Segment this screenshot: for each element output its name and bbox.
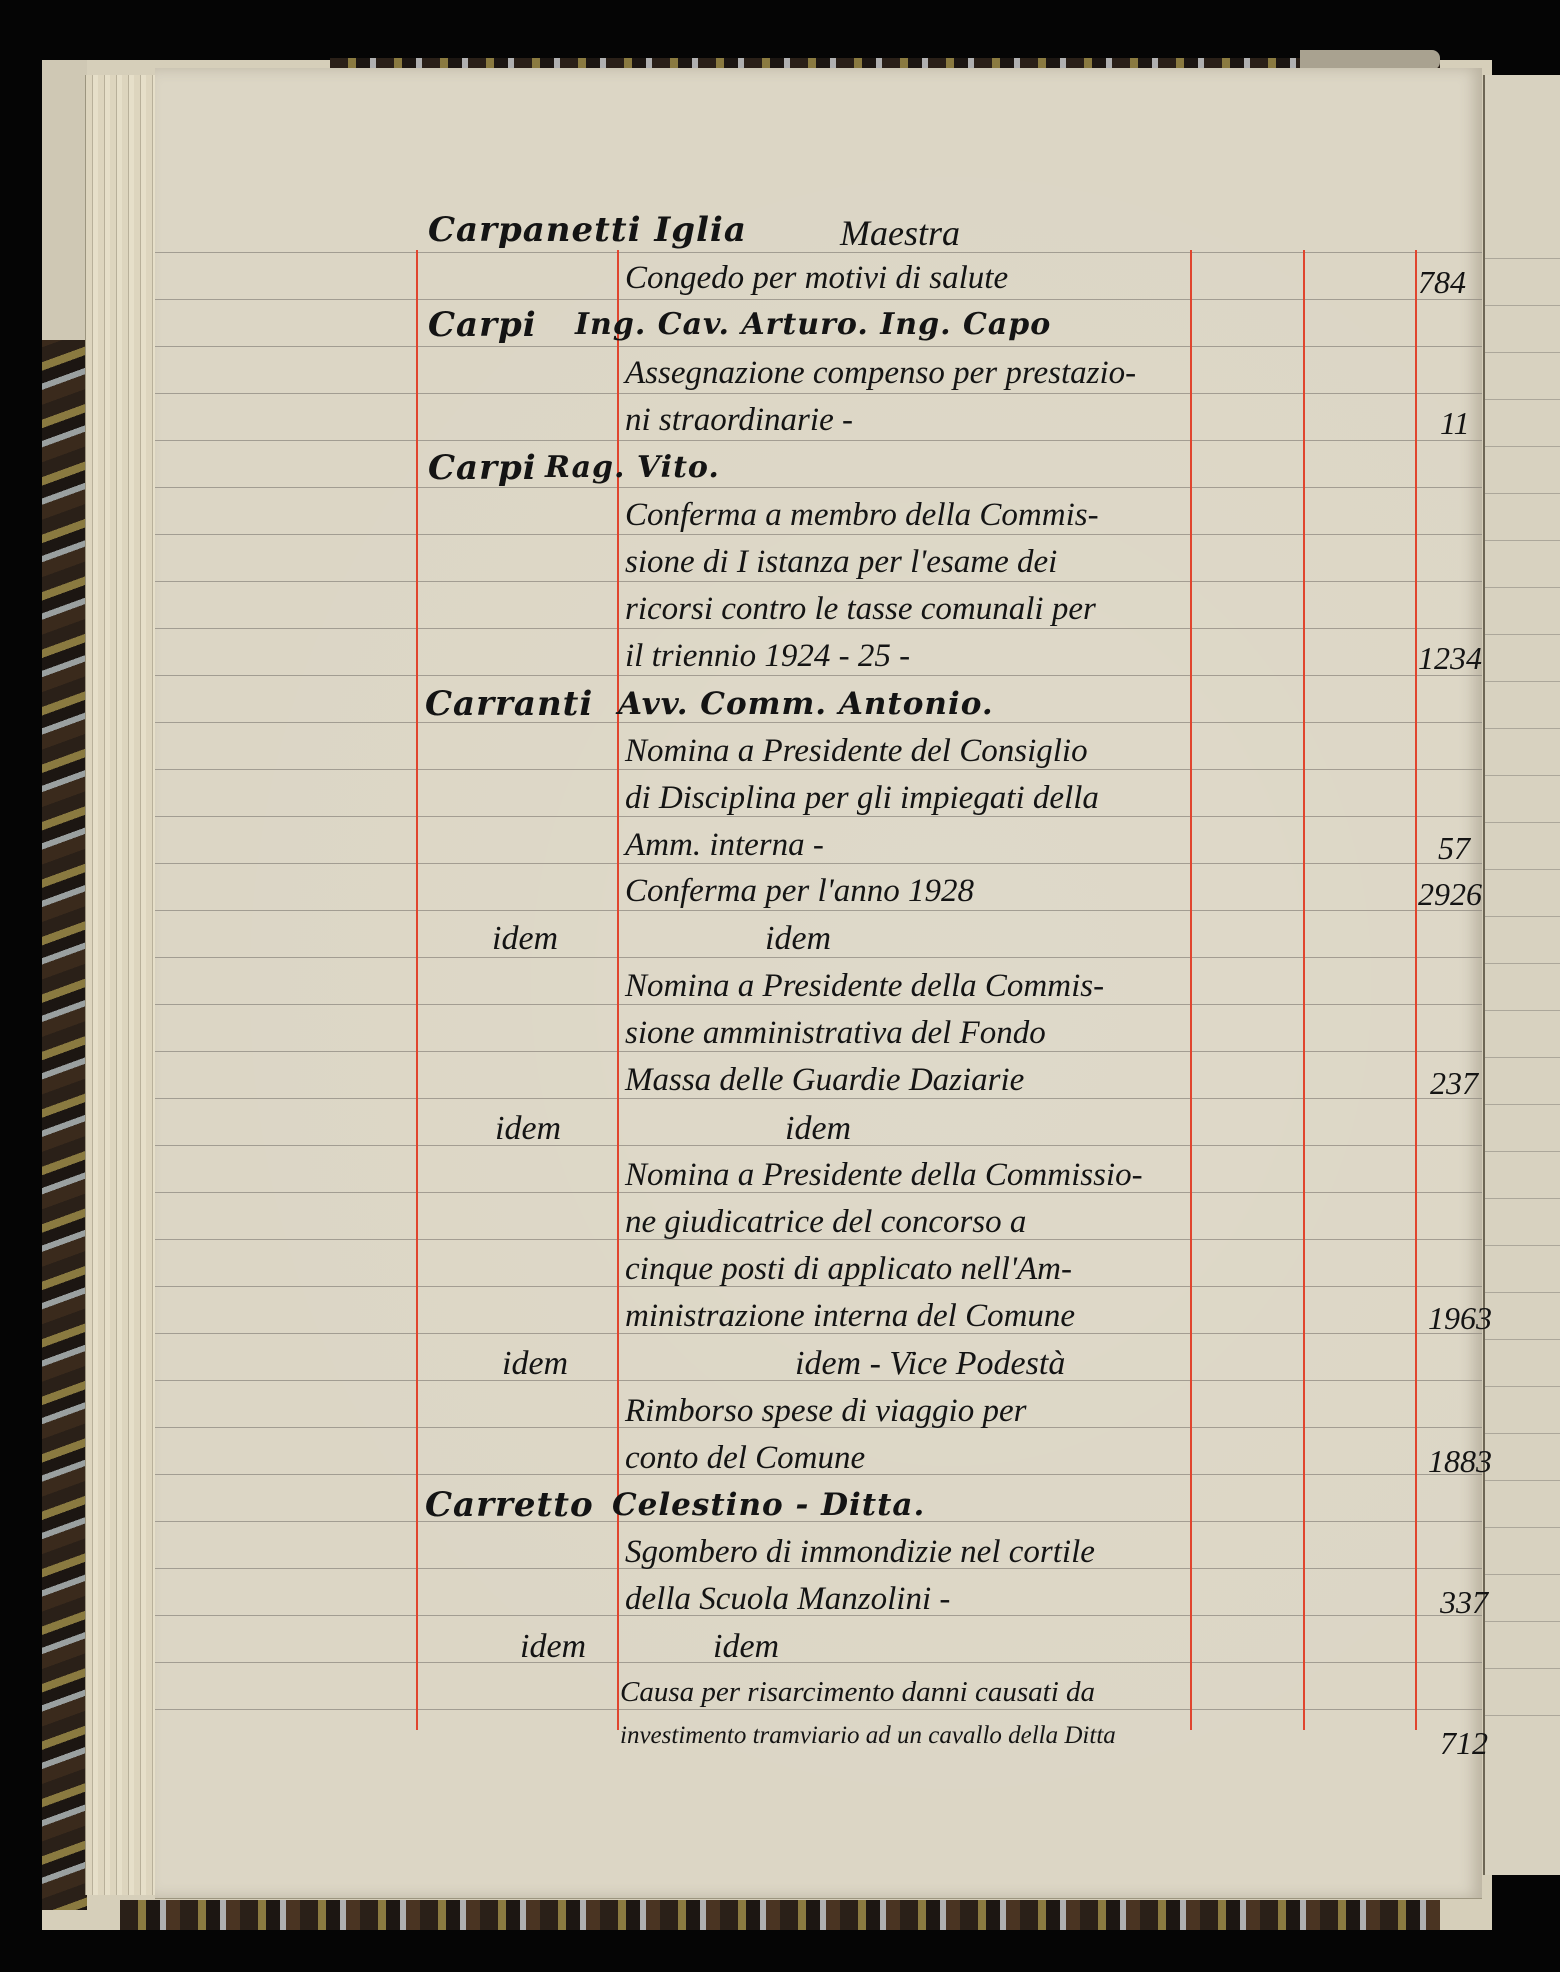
entry-line: ni straordinarie - [625,402,853,439]
ruled-line [155,534,1482,535]
page-ref: 1234 [1418,640,1482,677]
facing-ruled-line [1485,822,1560,823]
entry-line: sione di I istanza per l'esame dei [625,544,1057,581]
entry-line: Conferma a membro della Commis- [625,497,1099,534]
entry-line: Nomina a Presidente del Consiglio [625,733,1088,770]
facing-ruled-line [1485,1339,1560,1340]
entry-line: ricorsi contro le tasse comunali per [625,591,1096,628]
facing-ruled-line [1485,681,1560,682]
ruled-line [155,252,1482,253]
facing-ruled-line [1485,1386,1560,1387]
entry-line: il triennio 1924 - 25 - [625,638,910,675]
entry-title: idem [785,1110,851,1148]
entry-name: Carpi [428,305,537,345]
facing-ruled-line [1485,1010,1560,1011]
entry-line: Sgombero di immondizie nel cortile [625,1534,1095,1571]
facing-ruled-line [1485,1198,1560,1199]
facing-page [1483,75,1560,1875]
spine-edge [1300,50,1440,70]
facing-ruled-line [1485,352,1560,353]
entry-line: Nomina a Presidente della Commissio- [625,1157,1143,1194]
ruled-line [155,675,1482,676]
page-ref: 11 [1440,405,1470,442]
entry-title: idem [615,1628,779,1666]
column-rule-5 [1415,250,1417,1730]
entry-line: di Disciplina per gli impiegati della [625,780,1099,817]
entry-line: cinque posti di applicato nell'Am- [625,1251,1072,1288]
column-rule-4 [1303,250,1305,1730]
entry-line: investimento tramviario ad un cavallo de… [620,1722,1116,1750]
ruled-line [155,1709,1482,1710]
column-rule-1 [416,250,418,1730]
facing-ruled-line [1485,775,1560,776]
ruled-line [155,440,1482,441]
entry-name: idem [492,920,558,958]
entry-name: Carretto [425,1485,594,1525]
page-ref: 1883 [1428,1443,1492,1480]
entry-title: idem - Vice Podestà [795,1345,1065,1383]
entry-line: Causa per risarcimento danni causati da [620,1676,1095,1709]
facing-ruled-line [1485,1151,1560,1152]
column-rule-3 [1190,250,1192,1730]
entry-name: Carpanetti Iglia [428,210,747,250]
page-stack [85,75,166,1895]
cover-corner [42,60,87,340]
facing-ruled-line [1485,587,1560,588]
entry-line: conto del Comune [625,1440,865,1477]
entry-name: idem [520,1628,586,1666]
ruled-line [155,346,1482,347]
ruled-line [155,910,1482,911]
facing-ruled-line [1485,493,1560,494]
page-ref: 2926 [1418,876,1482,913]
facing-ruled-line [1485,1245,1560,1246]
facing-ruled-line [1485,916,1560,917]
facing-ruled-line [1485,399,1560,400]
facing-ruled-line [1485,540,1560,541]
facing-ruled-line [1485,446,1560,447]
ruled-line [155,722,1482,723]
ruled-line [155,299,1482,300]
entry-title: Celestino - Ditta. [612,1487,925,1523]
ruled-line [155,487,1482,488]
entry-name: idem [502,1345,568,1383]
ruled-line [155,1662,1482,1663]
facing-ruled-line [1485,1715,1560,1716]
ruled-line [155,393,1482,394]
ruled-line [155,581,1482,582]
page-ref: 337 [1440,1584,1488,1621]
page-ref: 784 [1418,264,1466,301]
entry-title: idem [765,920,831,958]
entry-name: Carpi [428,448,537,488]
entry-line: Congedo per motivi di salute [625,260,1008,297]
facing-ruled-line [1485,869,1560,870]
entry-line: ministrazione interna del Comune [625,1298,1075,1335]
facing-ruled-line [1485,1292,1560,1293]
facing-ruled-line [1485,1480,1560,1481]
entry-line: ne giudicatrice del concorso a [625,1204,1026,1241]
facing-ruled-line [1485,634,1560,635]
entry-line: Conferma per l'anno 1928 [625,873,974,910]
facing-ruled-line [1485,963,1560,964]
entry-line: della Scuola Manzolini - [625,1581,950,1618]
facing-ruled-line [1485,305,1560,306]
facing-ruled-line [1485,258,1560,259]
page-ref: 1963 [1428,1300,1492,1337]
marbled-cover-bottom [120,1900,1440,1930]
facing-ruled-line [1485,1433,1560,1434]
entry-line: Nomina a Presidente della Commis- [625,968,1104,1005]
facing-ruled-line [1485,1621,1560,1622]
page-ref: 237 [1430,1065,1478,1102]
entry-title: Avv. Comm. Antonio. [618,686,994,722]
facing-ruled-line [1485,1668,1560,1669]
facing-ruled-line [1485,1104,1560,1105]
page-ref: 712 [1440,1725,1488,1762]
entry-title: Maestra [840,212,960,254]
entry-line: Rimborso spese di viaggio per [625,1393,1026,1430]
entry-title: Rag. Vito. [545,450,720,485]
page-ref: 57 [1438,830,1470,867]
entry-line: Amm. interna - [625,827,824,864]
entry-line: Assegnazione compenso per prestazio- [625,355,1136,392]
entry-name: idem [495,1110,561,1148]
ruled-line [155,628,1482,629]
facing-ruled-line [1485,1574,1560,1575]
entry-line: sione amministrativa del Fondo [625,1015,1046,1052]
entry-title: Ing. Cav. Arturo. Ing. Capo [575,307,1051,342]
facing-ruled-line [1485,1057,1560,1058]
facing-ruled-line [1485,1527,1560,1528]
entry-name: Carranti [425,684,593,724]
entry-line: Massa delle Guardie Daziarie [625,1062,1024,1099]
facing-ruled-line [1485,728,1560,729]
